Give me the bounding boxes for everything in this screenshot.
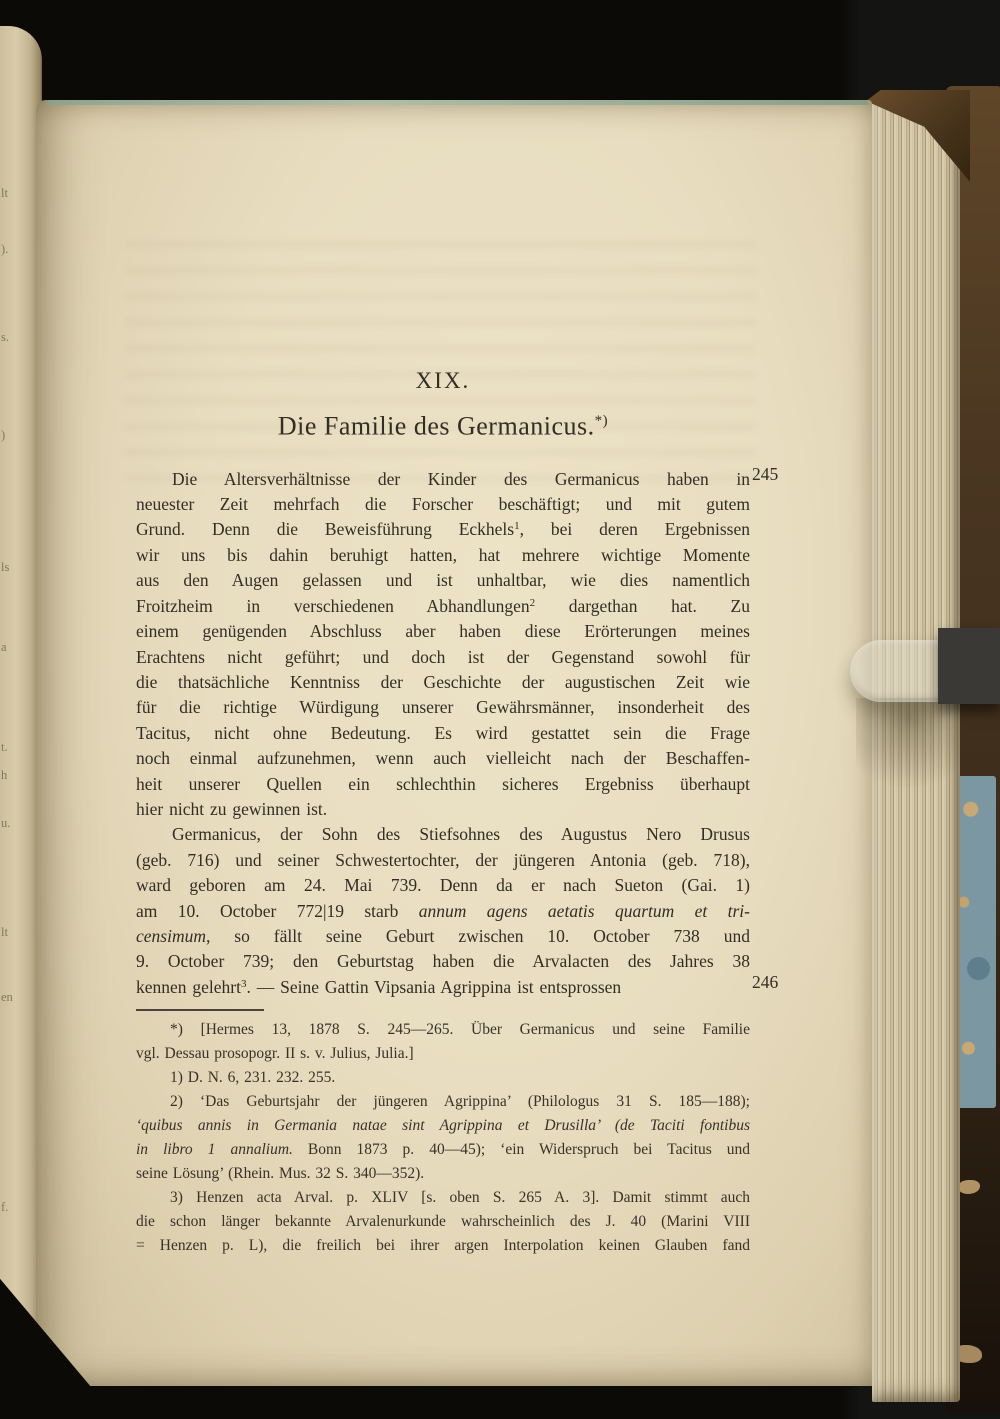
body-line: wir uns bis dahin beruhigt hatten, hat m… [136,543,750,568]
latin-phrase: annum agens aetatis quartum et tri- [419,901,750,921]
body-line: aus den Augen gelassen und ist unhaltbar… [136,568,750,593]
footnote-line: = Henzen p. L), die freilich bei ihrer a… [136,1234,750,1258]
chapter-number: XIX. [136,368,750,394]
body-line: hier nicht zu gewinnen ist. [136,797,750,822]
footnote-line: ‘quibus annis in Germania natae sint Agr… [136,1114,750,1138]
title-footnote-marker: *) [595,413,609,429]
footnote-separator-rule [136,1009,264,1011]
body-line: (geb. 716) und seiner Schwestertochter, … [136,848,750,873]
facing-page-text-fragment: f. [1,1200,8,1215]
paragraph-2: Germanicus, der Sohn des Stiefsohnes des… [136,822,750,1000]
facing-page-text-fragment: h [1,768,7,783]
clip-shadow [856,698,984,790]
facing-page-text-fragment: lt [1,186,8,201]
footnote-line: in libro 1 annalium. Bonn 1873 p. 40—45)… [136,1138,750,1162]
body-line: Die Altersverhältnisse der Kinder des Ge… [136,467,750,492]
latin-phrase: in libro 1 annalium. [136,1141,293,1158]
body-line: am 10. October 772|19 starb annum agens … [136,899,750,924]
footnote-line: die schon länger bekannte Arvalenurkunde… [136,1210,750,1234]
facing-page-text-fragment: en [1,990,13,1005]
facing-page-text-fragment: a [1,640,7,655]
margin-page-number-246: 246 [752,972,778,993]
body-line: Froitzheim in verschiedenen Abhandlungen… [136,594,750,619]
book-photo: lt ). s. ) ls a t. h u. lt en f. XIX. Di… [0,0,1000,1419]
main-page: XIX. Die Familie des Germanicus.*) Die A… [36,100,872,1386]
body-line: heit unserer Quellen ein schlechthin sic… [136,772,750,797]
facing-page-text-fragment: t. [1,740,8,755]
body-line: kennen gelehrt3. — Seine Gattin Vipsania… [136,975,750,1000]
body-line: censimum, so fällt seine Geburt zwischen… [136,924,750,949]
facing-page-text-fragment: ls [1,560,9,575]
chapter-title-text: Die Familie des Germanicus. [278,412,595,441]
body-line: noch einmal aufzunehmen, wenn auch viell… [136,746,750,771]
body-line: Grund. Denn die Beweisführung Eckhels1, … [136,517,750,542]
facing-page-text-fragment: ) [1,428,5,443]
footnote-line: 1) D. N. 6, 231. 232. 255. [136,1066,750,1090]
paragraph-1: Die Altersverhältnisse der Kinder des Ge… [136,467,750,823]
page-top-color-edge [46,100,869,105]
body-line: 9. October 739; den Geburtstag haben die… [136,949,750,974]
body-line: Germanicus, der Sohn des Stiefsohnes des… [136,822,750,847]
footnote-line: *) [Hermes 13, 1878 S. 245—265. Über Ger… [136,1018,750,1042]
latin-phrase: ‘quibus annis in Germania natae sint Agr… [136,1117,750,1134]
margin-page-number-245: 245 [752,464,778,485]
body-line: für die richtige Würdigung unserer Gewäh… [136,695,750,720]
page-content: XIX. Die Familie des Germanicus.*) Die A… [136,368,750,1258]
latin-phrase: censimum, [136,926,210,946]
body-line: Erachtens nicht geführt; und doch ist de… [136,645,750,670]
footnote-line: vgl. Dessau prosopogr. II s. v. Julius, … [136,1042,750,1066]
body-line: Tacitus, nicht ohne Bedeutung. Es wird g… [136,721,750,746]
chapter-title: Die Familie des Germanicus.*) [136,406,750,442]
footnotes: *) [Hermes 13, 1878 S. 245—265. Über Ger… [136,1018,750,1258]
plastic-clip-dark-end [938,628,1000,704]
footnote-line: 3) Henzen acta Arval. p. XLIV [s. oben S… [136,1186,750,1210]
body-line: die thatsächliche Kenntniss der Geschich… [136,670,750,695]
body-line: neuester Zeit mehrfach die Forscher besc… [136,492,750,517]
body-line: einem genügenden Abschluss aber haben di… [136,619,750,644]
footnote-line: seine Lösung’ (Rhein. Mus. 32 S. 340—352… [136,1162,750,1186]
facing-page-text-fragment: u. [1,816,10,831]
footnote-line: 2) ‘Das Geburtsjahr der jüngeren Agrippi… [136,1090,750,1114]
facing-page-text-fragment: s. [1,330,9,345]
body-line: ward geboren am 24. Mai 739. Denn da er … [136,873,750,898]
facing-page-text-fragment: ). [1,242,8,257]
plastic-clip [850,640,944,702]
facing-page-text-fragment: lt [1,925,8,940]
